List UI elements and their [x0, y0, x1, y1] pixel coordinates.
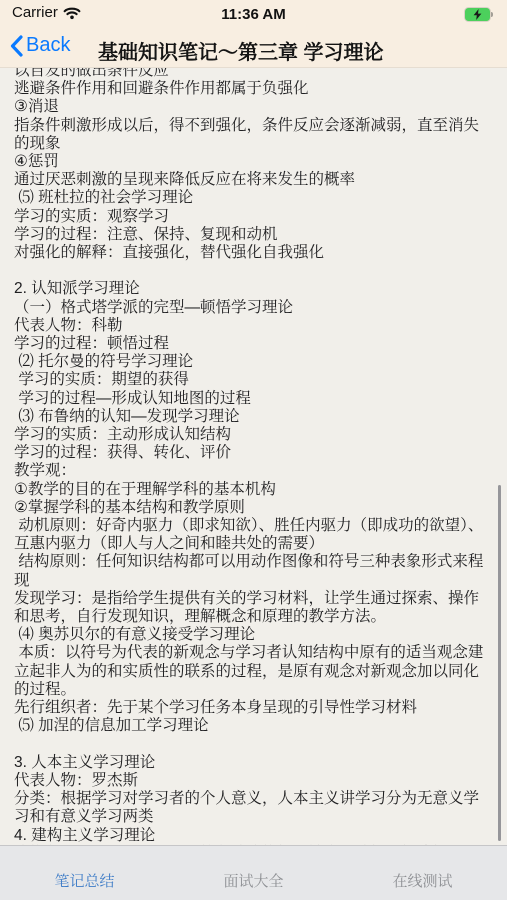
- note-line: ⑵ 托尔曼的符号学习理论: [14, 353, 494, 371]
- note-line: 发现学习：是指给学生提供有关的学习材料，让学生通过探索、操作和思考，自行发现知识…: [14, 590, 494, 626]
- note-line: 学习的过程：获得、转化、评价: [14, 444, 494, 462]
- note-line: 教学观：: [14, 462, 494, 480]
- note-line: ③消退: [14, 98, 494, 116]
- note-line: 逃避条件作用和回避条件作用都属于负强化: [14, 80, 494, 98]
- note-line: 指条件刺激形成以后，得不到强化，条件反应会逐渐减弱，直至消失的现象: [14, 117, 494, 153]
- note-line: 先行组织者：先于某个学习任务本身呈现的引导性学习材料: [14, 699, 494, 717]
- page-title: 基础知识笔记～第三章 学习理论: [98, 36, 384, 65]
- note-line: 3. 人本主义学习理论: [14, 754, 494, 772]
- note-line: 学习的实质：观察学习: [14, 208, 494, 226]
- note-line: 学习的过程—形成认知地图的过程: [14, 390, 494, 408]
- tab-label: 在线测试: [392, 870, 452, 891]
- nav-bar: Back 基础知识笔记～第三章 学习理论: [0, 30, 507, 68]
- scrollbar[interactable]: [498, 485, 501, 841]
- note-line: 代表人物：科勒: [14, 317, 494, 335]
- back-chevron-icon: [10, 35, 23, 57]
- clock-time: 11:36 AM: [0, 6, 507, 23]
- note-line: 学习的过程：顿悟过程: [14, 335, 494, 353]
- note-line: 学习的实质：期望的获得: [14, 371, 494, 389]
- tab-interview-collection[interactable]: 面试大全: [169, 846, 338, 900]
- note-line: ⑶ 布鲁纳的认知—发现学习理论: [14, 408, 494, 426]
- note-line: （一）格式塔学派的完型—顿悟学习理论: [14, 299, 494, 317]
- note-line: [14, 736, 494, 754]
- tab-bar: 笔记总结 面试大全 在线测试: [0, 845, 507, 900]
- note-line: 通过厌恶刺激的呈现来降低反应在将来发生的概率: [14, 171, 494, 189]
- tab-label: 面试大全: [223, 870, 283, 891]
- note-line: 以自发的做出条件反应: [14, 68, 494, 80]
- note-line: ⑸ 加涅的信息加工学习理论: [14, 717, 494, 735]
- note-line: 代表人物：罗杰斯: [14, 772, 494, 790]
- note-line: 结构原则：任何知识结构都可以用动作图像和符号三种表象形式来程现: [14, 553, 494, 589]
- back-label: Back: [26, 34, 70, 57]
- note-lines: 以自发的做出条件反应逃避条件作用和回避条件作用都属于负强化③消退指条件刺激形成以…: [0, 68, 507, 845]
- note-line: 4. 建构主义学习理论: [14, 827, 494, 845]
- note-line: ②掌握学科的基本结构和教学原则: [14, 499, 494, 517]
- note-line: 动机原则：好奇内驱力（即求知欲）、胜任内驱力（即成功的欲望）、互惠内驱力（即人与…: [14, 517, 494, 553]
- status-bar: Carrier 11:36 AM: [0, 0, 507, 30]
- back-button[interactable]: Back: [10, 34, 70, 57]
- note-line: ⑷ 奥苏贝尔的有意义接受学习理论: [14, 626, 494, 644]
- tab-online-test[interactable]: 在线测试: [338, 846, 507, 900]
- note-line: 学习的过程：注意、保持、复现和动机: [14, 226, 494, 244]
- notes-scroll-area[interactable]: 以自发的做出条件反应逃避条件作用和回避条件作用都属于负强化③消退指条件刺激形成以…: [0, 68, 507, 845]
- tab-label: 笔记总结: [54, 870, 114, 891]
- tab-notes-summary[interactable]: 笔记总结: [0, 846, 169, 900]
- note-line: 对强化的解释：直接强化，替代强化自我强化: [14, 244, 494, 262]
- note-line: 本质：以符号为代表的新观念与学习者认知结构中原有的适当观念建立起非人为的和实质性…: [14, 644, 494, 699]
- battery-charging-icon: [465, 8, 494, 21]
- note-line: 学习的实质：主动形成认知结构: [14, 426, 494, 444]
- header: Carrier 11:36 AM: [0, 0, 507, 68]
- app-screen: Carrier 11:36 AM: [0, 0, 507, 900]
- note-line: ⑸ 班杜拉的社会学习理论: [14, 189, 494, 207]
- note-line: ①教学的目的在于理解学科的基本机构: [14, 481, 494, 499]
- note-line: [14, 262, 494, 280]
- note-line: ④惩罚: [14, 153, 494, 171]
- note-line: 分类：根据学习对学习者的个人意义，人本主义讲学习分为无意义学习和有意义学习两类: [14, 790, 494, 826]
- note-line: 2. 认知派学习理论: [14, 280, 494, 298]
